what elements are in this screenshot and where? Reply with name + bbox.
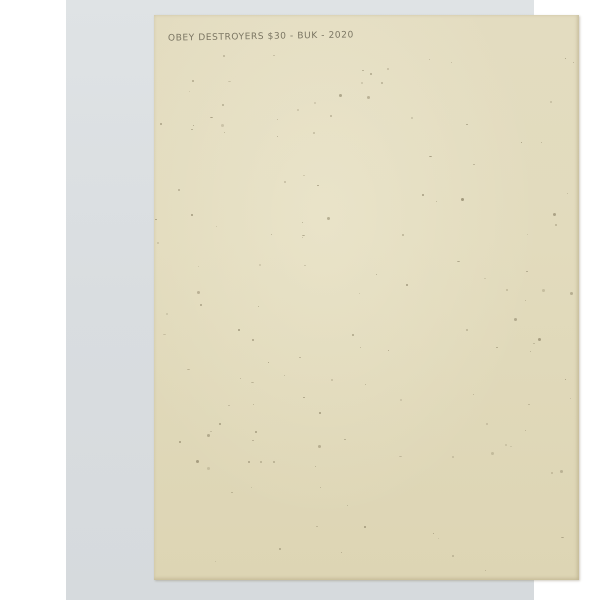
paper-speck [187, 369, 190, 370]
paper-speck [527, 234, 528, 235]
paper-speck [210, 117, 213, 118]
paper-speck [484, 278, 486, 279]
paper-speck [160, 123, 162, 125]
paper-speck [277, 136, 278, 137]
paper-speck [251, 382, 254, 383]
paper-speck [542, 289, 545, 292]
paper-speck [567, 193, 568, 194]
paper-speck [277, 119, 278, 120]
paper-speck [381, 82, 383, 84]
paper-speck [315, 466, 316, 467]
handwritten-note: OBEY DESTROYERS $30 - BUK - 2020 [168, 30, 354, 43]
paper-speck [514, 318, 517, 321]
paper-speck [473, 394, 474, 395]
paper-speck [367, 96, 370, 99]
paper-speck [260, 461, 262, 463]
paper-speck [302, 237, 303, 238]
paper-speck [360, 347, 361, 348]
paper-speck [319, 412, 321, 414]
paper-speck [255, 431, 257, 433]
paper-speck [461, 198, 464, 201]
paper-speck [316, 526, 318, 527]
paper-speck [370, 73, 372, 75]
paper-speck [200, 304, 202, 306]
paper-speck [561, 537, 564, 538]
paper-speck [555, 224, 557, 226]
paper-speck [189, 91, 190, 92]
paper-speck [327, 217, 330, 220]
paper-speck [570, 292, 573, 295]
paper-speck [303, 175, 305, 176]
paper-speck [553, 213, 556, 216]
paper-speck [525, 300, 526, 301]
paper-speck [299, 357, 301, 358]
paper-speck [273, 55, 275, 56]
paper-speck [473, 164, 475, 165]
paper-speck [330, 115, 332, 117]
paper-speck [573, 62, 574, 63]
paper-speck [541, 142, 542, 143]
paper-speck [231, 492, 233, 493]
paper-speck [533, 343, 535, 344]
paper-speck [359, 293, 360, 294]
paper-speck [193, 125, 194, 126]
paper-speck [207, 467, 210, 470]
paper-speck [565, 379, 566, 380]
paper-speck [284, 375, 285, 376]
paper-speck [429, 156, 432, 157]
paper-speck [387, 68, 389, 70]
paper-speck [240, 378, 241, 379]
paper-speck [251, 487, 252, 488]
paper-speck [259, 264, 261, 266]
paper-speck [526, 271, 528, 272]
paper-speck [197, 291, 200, 294]
paper-speck [192, 80, 194, 82]
paper-speck [510, 446, 512, 447]
paper-sheet: OBEY DESTROYERS $30 - BUK - 2020 [154, 15, 579, 580]
paper-speck [411, 117, 413, 119]
paper-speck [402, 234, 404, 236]
paper-speck [284, 181, 286, 183]
paper-speck [318, 445, 321, 448]
paper-speck [362, 70, 364, 71]
paper-speck [273, 461, 275, 463]
paper-speck [216, 226, 217, 227]
paper-speck [215, 561, 216, 562]
paper-speck [271, 234, 272, 235]
paper-speck [252, 339, 254, 341]
paper-speck [331, 379, 333, 381]
paper-speck [466, 329, 468, 331]
paper-speck [528, 404, 530, 405]
paper-speck [429, 59, 430, 60]
paper-speck [223, 55, 225, 57]
paper-speck [166, 313, 168, 315]
paper-speck [341, 552, 342, 553]
paper-speck [198, 266, 199, 267]
paper-speck [178, 189, 180, 191]
paper-speck [506, 289, 508, 291]
paper-speck [297, 109, 299, 111]
paper-speck [222, 104, 224, 106]
paper-speck [279, 548, 281, 550]
paper-speck [228, 81, 231, 82]
paper-speck [303, 397, 305, 398]
paper-speck [551, 472, 553, 474]
paper-speck [219, 423, 221, 425]
paper-speck [486, 423, 488, 425]
paper-speck [317, 185, 319, 186]
paper-speck [505, 444, 507, 446]
paper-speck [560, 470, 563, 473]
paper-speck [344, 439, 346, 440]
photo-backdrop: OBEY DESTROYERS $30 - BUK - 2020 [66, 0, 534, 600]
paper-speck [388, 350, 389, 351]
paper-speck [268, 362, 269, 363]
paper-speck [313, 132, 315, 134]
paper-speck [406, 284, 408, 286]
paper-speck [400, 399, 402, 401]
paper-speck [221, 124, 224, 127]
paper-speck [452, 456, 454, 458]
paper-speck [451, 62, 452, 63]
paper-speck [191, 214, 193, 216]
paper-speck [157, 242, 159, 244]
paper-speck [179, 441, 181, 443]
paper-speck [433, 533, 434, 534]
paper-speck [224, 132, 225, 133]
paper-speck [399, 456, 402, 457]
paper-speck [530, 351, 531, 352]
paper-speck [314, 102, 316, 104]
paper-speck [228, 405, 230, 406]
paper-speck [525, 430, 526, 431]
paper-speck [452, 555, 454, 557]
paper-speck [570, 398, 571, 399]
paper-speck [466, 124, 468, 125]
paper-speck [365, 384, 366, 385]
paper-speck [376, 274, 377, 275]
paper-speck [347, 505, 348, 506]
paper-speck [210, 431, 212, 432]
paper-speck [538, 338, 541, 341]
paper-speck [196, 460, 199, 463]
paper-speck [565, 58, 566, 59]
paper-speck [457, 261, 460, 262]
paper-speck [304, 265, 306, 266]
paper-speck [155, 219, 157, 220]
paper-speck [207, 434, 210, 437]
paper-speck [302, 222, 303, 223]
paper-speck [496, 347, 498, 348]
paper-speck [191, 129, 193, 130]
paper-speck [550, 101, 552, 103]
paper-speck [339, 94, 342, 97]
paper-speck [320, 487, 321, 488]
paper-speck [252, 440, 254, 441]
paper-speck [248, 461, 250, 463]
paper-speck [238, 329, 240, 331]
paper-speck [163, 334, 166, 335]
paper-speck [258, 306, 259, 307]
paper-speck [352, 334, 354, 336]
paper-speck [491, 452, 494, 455]
paper-speck [253, 404, 254, 405]
paper-speck [485, 570, 486, 571]
paper-speck [422, 194, 424, 196]
paper-speck [436, 201, 437, 202]
paper-speck [364, 526, 366, 528]
paper-speck [521, 142, 522, 143]
paper-speck [438, 538, 439, 539]
paper-speck [361, 82, 363, 84]
